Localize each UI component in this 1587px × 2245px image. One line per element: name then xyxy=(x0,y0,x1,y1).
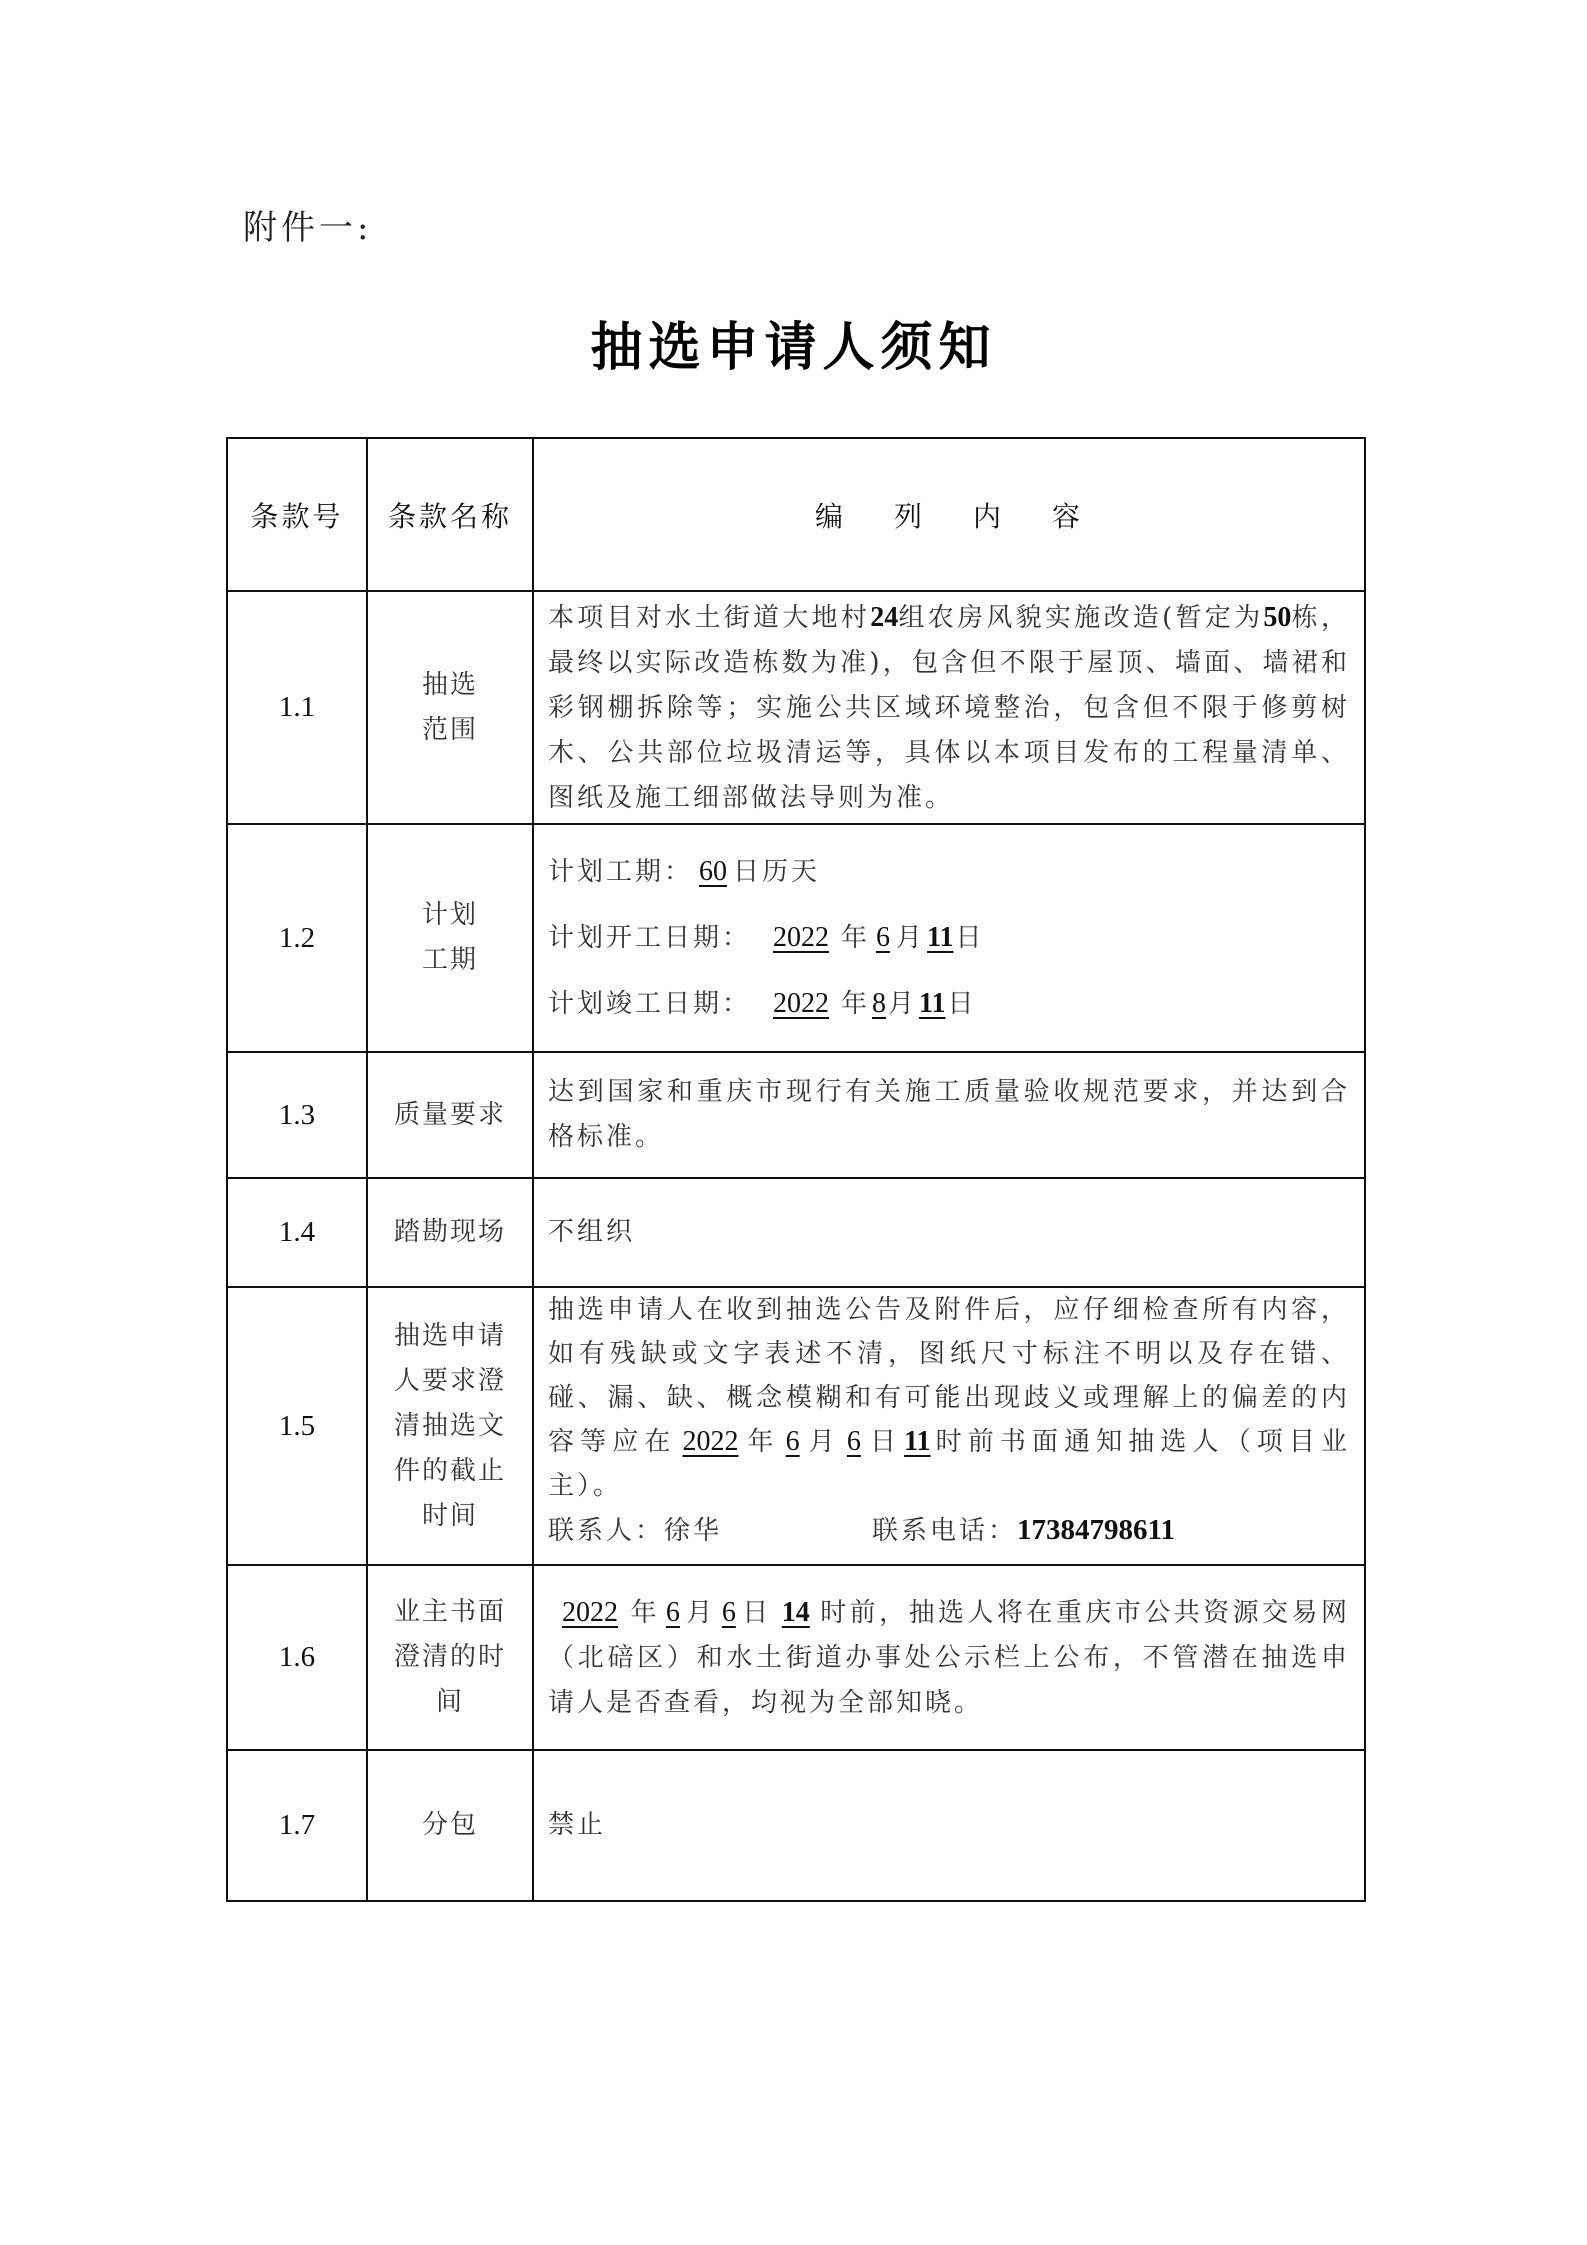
deadline-day: 6 xyxy=(841,1426,867,1457)
clause-content: 不组织 xyxy=(533,1178,1365,1287)
start-month: 6 xyxy=(870,922,896,953)
end-year: 2022 xyxy=(751,988,841,1019)
clause-name-line: 范围 xyxy=(374,708,526,753)
clause-number: 1.4 xyxy=(227,1178,367,1287)
end-date-line: 计划竣工日期：2022年8月11日 xyxy=(548,971,1350,1037)
end-month: 8 xyxy=(870,988,888,1019)
clause-content: 本项目对水土街道大地村24组农房风貌实施改造(暂定为50栋，最终以实际改造栋数为… xyxy=(533,591,1365,824)
clause-name-line: 计划 xyxy=(374,893,526,938)
clause-name-line: 澄清的时 xyxy=(374,1635,526,1680)
start-date-line: 计划开工日期：2022年6月11日 xyxy=(548,905,1350,971)
clause-name: 分包 xyxy=(367,1750,533,1901)
page-title: 抽选申请人须知 xyxy=(0,305,1587,380)
clause-name: 计划 工期 xyxy=(367,824,533,1052)
text: 栋，最终以实际改造栋数为准)，包含但不限于屋顶、墙面、墙裙和彩钢棚拆除等；实施公… xyxy=(548,603,1350,813)
table-row: 1.3 质量要求 达到国家和重庆市现行有关施工质量验收规范要求，并达到合格标准。 xyxy=(227,1052,1365,1178)
clause-name-line: 工期 xyxy=(374,938,526,983)
clause-name-line: 时间 xyxy=(374,1494,526,1539)
end-day: 11 xyxy=(917,988,947,1019)
unit: 月 xyxy=(888,989,917,1019)
clause-name-line: 件的截止 xyxy=(374,1449,526,1494)
unit: 日 xyxy=(742,1598,772,1628)
duration-value: 60 xyxy=(693,856,733,887)
clause-name-line: 业主书面 xyxy=(374,1590,526,1635)
text: 组农房风貌实施改造(暂定为 xyxy=(898,603,1263,633)
clause-content: 禁止 xyxy=(533,1750,1365,1901)
clause-number: 1.5 xyxy=(227,1287,367,1565)
contact-label: 联系人： xyxy=(548,1516,664,1546)
deadline-month: 6 xyxy=(780,1426,806,1457)
header-char: 列 xyxy=(894,500,925,533)
header-content: 编列内容 xyxy=(533,438,1365,591)
publish-year: 2022 xyxy=(548,1597,630,1628)
header-clause-number: 条款号 xyxy=(227,438,367,591)
table-row: 1.2 计划 工期 计划工期：60日历天 计划开工日期：2022年6月11日 计… xyxy=(227,824,1365,1052)
duration-line: 计划工期：60日历天 xyxy=(548,839,1350,905)
label: 计划开工日期： xyxy=(548,923,751,953)
unit: 月 xyxy=(806,1427,841,1457)
clause-name: 业主书面 澄清的时 间 xyxy=(367,1565,533,1750)
deadline-hour: 11 xyxy=(902,1426,932,1457)
clause-content: 达到国家和重庆市现行有关施工质量验收规范要求，并达到合格标准。 xyxy=(533,1052,1365,1178)
contact-name: 徐华 xyxy=(664,1516,722,1546)
publish-month: 6 xyxy=(660,1597,686,1628)
clause-content: 抽选申请人在收到抽选公告及附件后，应仔细检查所有内容，如有残缺或文字表述不清，图… xyxy=(533,1287,1365,1565)
phone-number: 17384798611 xyxy=(1017,1514,1175,1546)
start-day: 11 xyxy=(925,922,955,953)
clause-name: 质量要求 xyxy=(367,1052,533,1178)
clause-name: 踏勘现场 xyxy=(367,1178,533,1287)
clause-number: 1.3 xyxy=(227,1052,367,1178)
clause-number: 1.2 xyxy=(227,824,367,1052)
unit: 日 xyxy=(956,923,985,953)
header-char: 编 xyxy=(815,500,846,533)
publish-hour: 14 xyxy=(772,1597,820,1628)
table-row: 1.5 抽选申请 人要求澄 清抽选文 件的截止 时间 抽选申请人在收到抽选公告及… xyxy=(227,1287,1365,1565)
clause-name-line: 人要求澄 xyxy=(374,1359,526,1404)
phone-label: 联系电话： xyxy=(872,1516,1017,1546)
clause-number: 1.6 xyxy=(227,1565,367,1750)
unit: 日历天 xyxy=(733,857,820,887)
header-char: 内 xyxy=(973,500,1004,533)
clause-name-line: 抽选 xyxy=(374,663,526,708)
unit: 月 xyxy=(896,923,925,953)
notice-table: 条款号 条款名称 编列内容 1.1 抽选 范围 本项目对水土街道大地村24组农房… xyxy=(226,437,1366,1902)
clause-name-line: 间 xyxy=(374,1680,526,1725)
clause-name: 抽选申请 人要求澄 清抽选文 件的截止 时间 xyxy=(367,1287,533,1565)
clause-name-line: 清抽选文 xyxy=(374,1404,526,1449)
table-row: 1.1 抽选 范围 本项目对水土街道大地村24组农房风貌实施改造(暂定为50栋，… xyxy=(227,591,1365,824)
unit: 年 xyxy=(744,1427,779,1457)
text: 本项目对水土街道大地村 xyxy=(548,603,870,633)
clause-name: 抽选 范围 xyxy=(367,591,533,824)
header-char: 容 xyxy=(1052,500,1083,533)
contact-line: 联系人：徐华联系电话：17384798611 xyxy=(548,1508,1350,1553)
table-header-row: 条款号 条款名称 编列内容 xyxy=(227,438,1365,591)
clause-number: 1.1 xyxy=(227,591,367,824)
label: 计划工期： xyxy=(548,857,693,887)
unit: 年 xyxy=(630,1598,660,1628)
deadline-year: 2022 xyxy=(676,1426,744,1457)
publish-day: 6 xyxy=(716,1597,742,1628)
unit: 月 xyxy=(686,1598,716,1628)
attachment-label: 附件一: xyxy=(243,200,372,249)
clause-content: 计划工期：60日历天 计划开工日期：2022年6月11日 计划竣工日期：2022… xyxy=(533,824,1365,1052)
unit: 日 xyxy=(867,1427,902,1457)
table-row: 1.7 分包 禁止 xyxy=(227,1750,1365,1901)
start-year: 2022 xyxy=(751,922,841,953)
unit: 年 xyxy=(841,923,870,953)
building-count: 50 xyxy=(1263,602,1291,633)
unit: 年 xyxy=(841,989,870,1019)
label: 计划竣工日期： xyxy=(548,989,751,1019)
group-number: 24 xyxy=(870,602,898,633)
clause-name-line: 抽选申请 xyxy=(374,1314,526,1359)
table-row: 1.6 业主书面 澄清的时 间 2022年6月6日14时前，抽选人将在重庆市公共… xyxy=(227,1565,1365,1750)
clause-number: 1.7 xyxy=(227,1750,367,1901)
table-row: 1.4 踏勘现场 不组织 xyxy=(227,1178,1365,1287)
unit: 日 xyxy=(948,989,977,1019)
clause-content: 2022年6月6日14时前，抽选人将在重庆市公共资源交易网（北碚区）和水土街道办… xyxy=(533,1565,1365,1750)
header-clause-name: 条款名称 xyxy=(367,438,533,591)
